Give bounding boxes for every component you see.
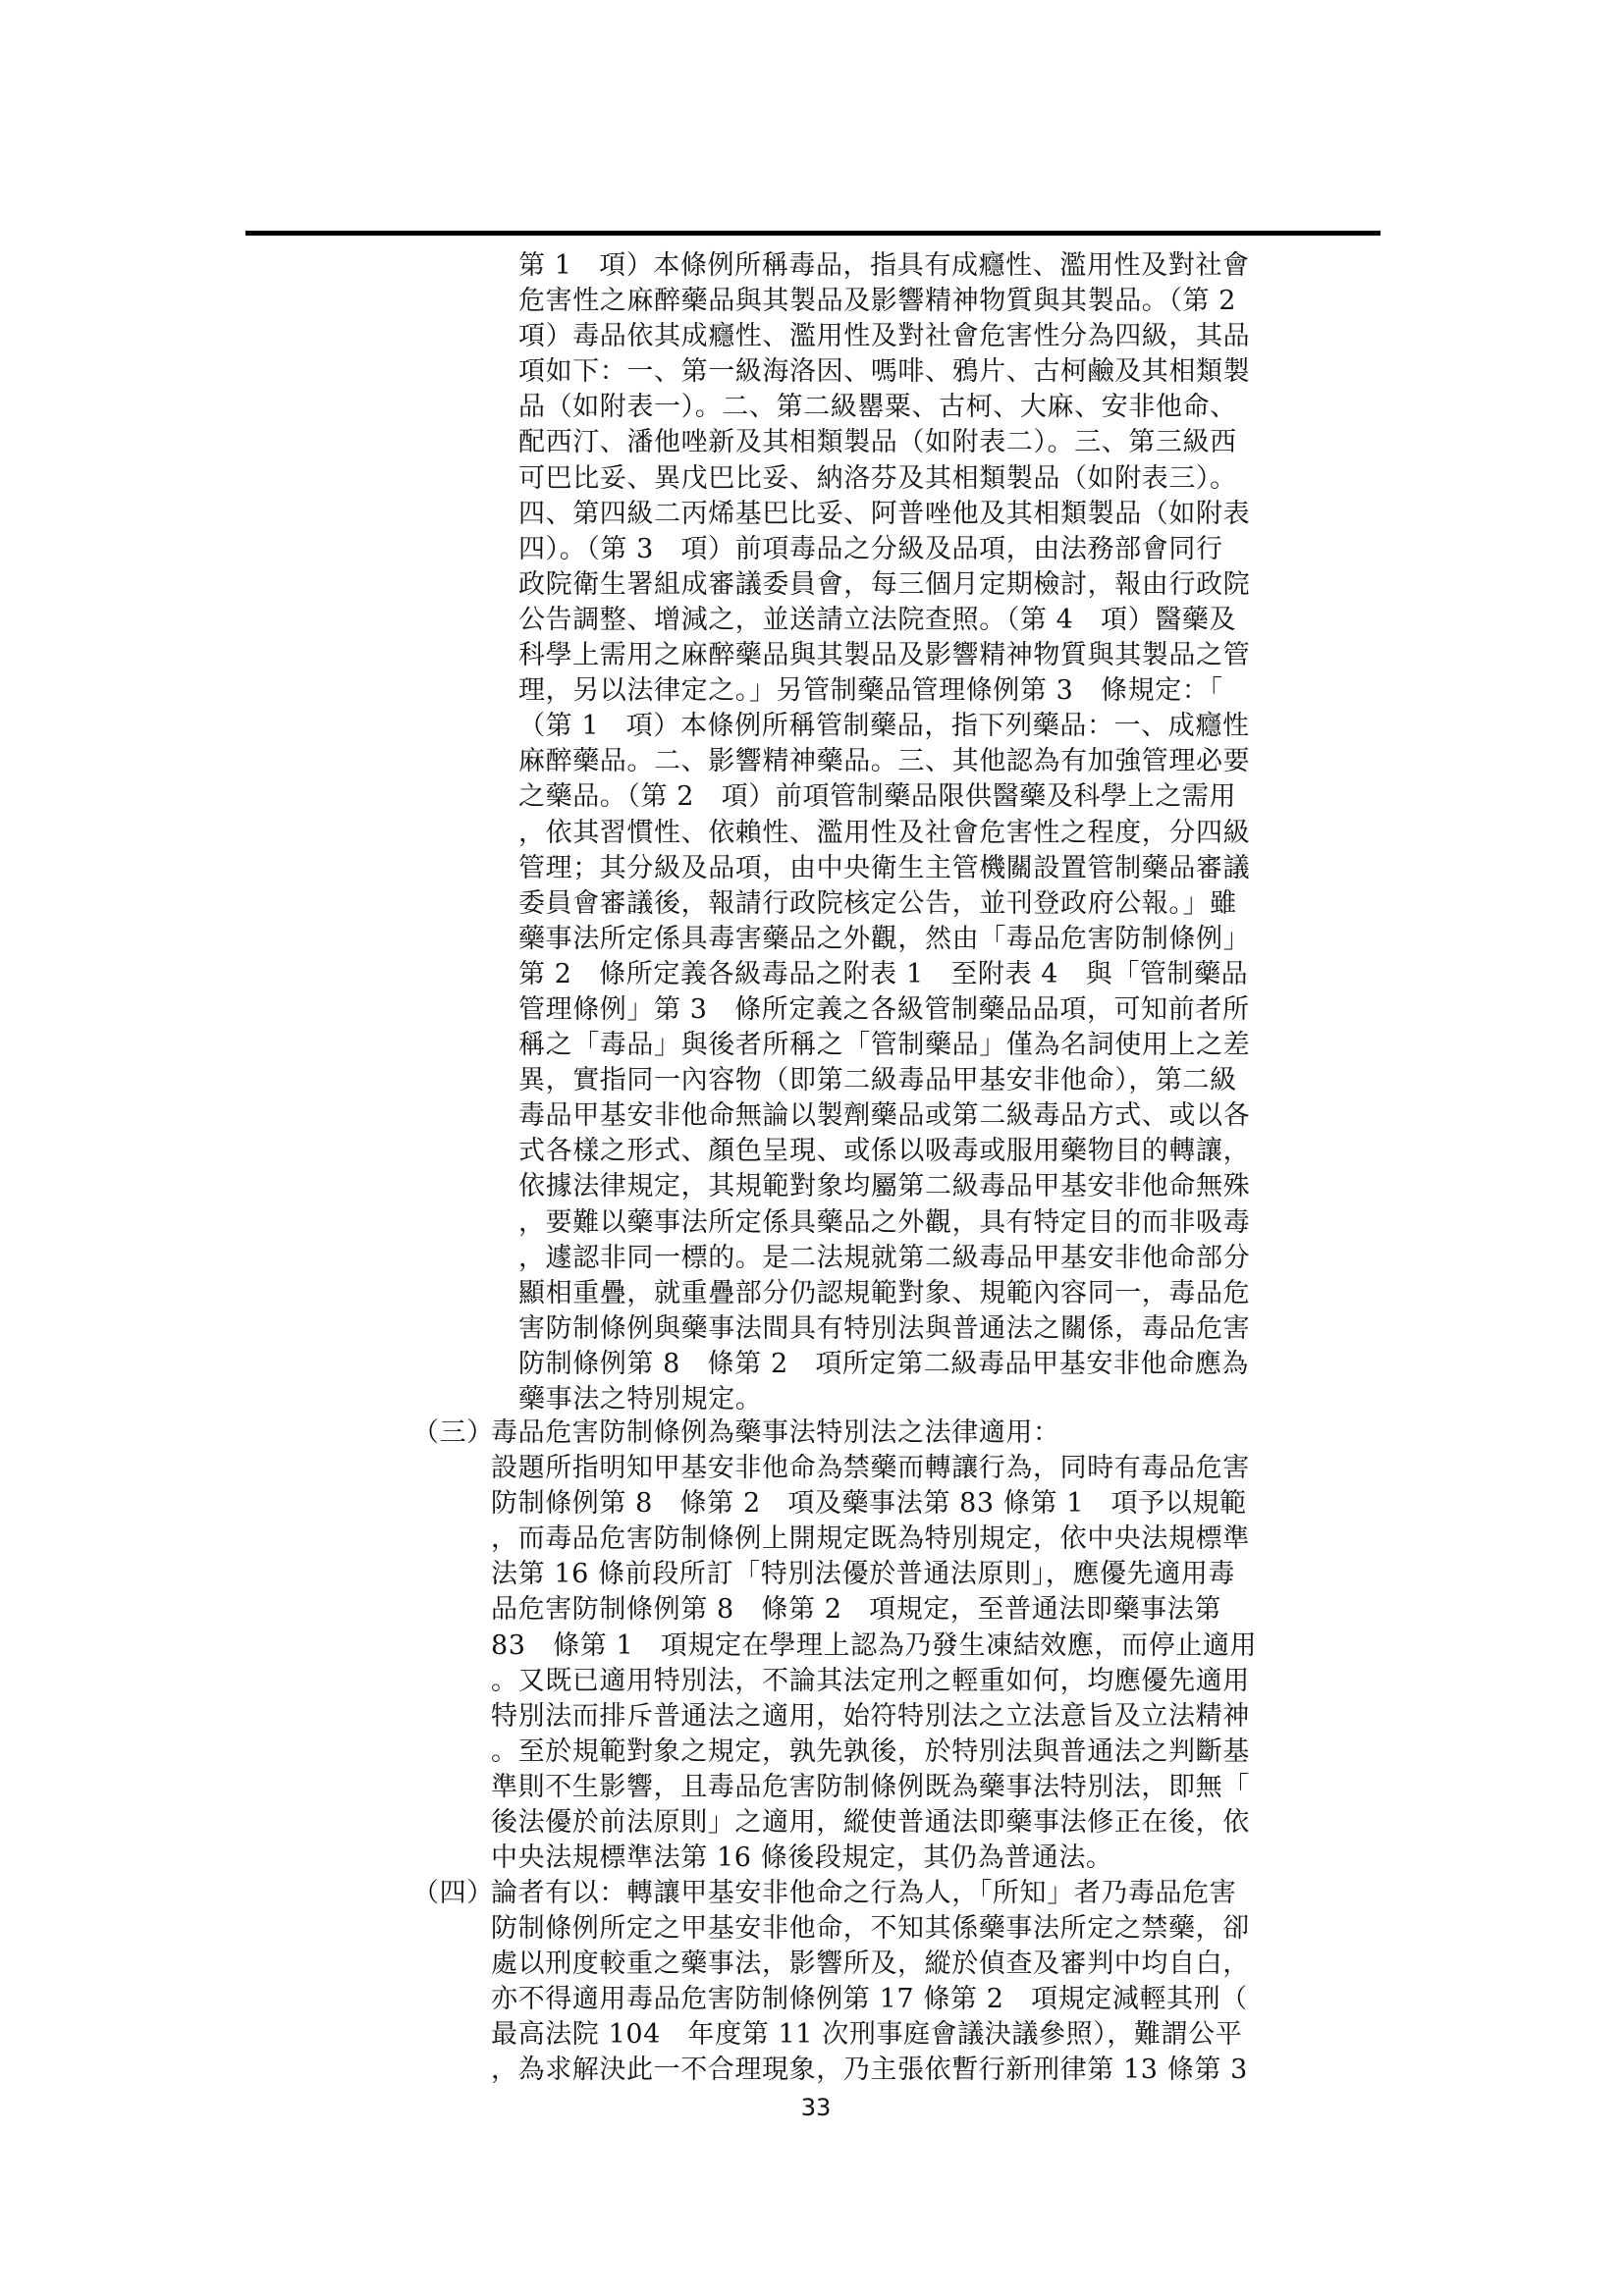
section-title: 毒品危害防制條例為藥事法特別法之法律適用：: [491, 1415, 1060, 1451]
text-line: ，為求解決此一不合理現象，乃主張依暫行新刑律第 13 條第 3: [412, 2053, 1296, 2088]
text-line: 藥事法所定係具毒害藥品之外觀，然由「毒品危害防制條例」: [518, 922, 1284, 957]
text-line: 藥事法之特別規定。: [518, 1382, 1284, 1417]
text-line: 。至於規範對象之規定，孰先孰後，於特別法與普通法之判斷基: [412, 1735, 1296, 1770]
text-line: 項如下：一、第一級海洛因、嗎啡、鴉片、古柯鹼及其相類製: [518, 354, 1284, 390]
text-line: 管理條例」第 3 條所定義之各級管制藥品品項，可知前者所: [518, 992, 1284, 1028]
section-number: （三）: [412, 1415, 491, 1451]
text-line: 可巴比妥、異戊巴比妥、納洛芬及其相類製品（如附表三）。: [518, 461, 1284, 497]
text-line: 品（如附表一）。二、第二級罌粟、古柯、大麻、安非他命、: [518, 390, 1284, 425]
section-number: （四）: [412, 1876, 491, 1911]
text-line: ，要難以藥事法所定係具藥品之外觀，具有特定目的而非吸毒: [518, 1205, 1284, 1241]
text-line: 配西汀、潘他唑新及其相類製品（如附表二）。三、第三級西: [518, 425, 1284, 460]
text-line: 毒品甲基安非他命無論以製劑藥品或第二級毒品方式、或以各: [518, 1098, 1284, 1134]
text-line: 83 條第 1 項規定在學理上認為乃發生凍結效應，而停止適用: [412, 1629, 1296, 1664]
text-line: 異，實指同一內容物（即第二級毒品甲基安非他命），第二級: [518, 1063, 1284, 1098]
text-line: 法第 16 條前段所訂「特別法優於普通法原則」，應優先適用毒: [412, 1557, 1296, 1592]
text-line: 防制條例第 8 條第 2 項所定第二級毒品甲基安非他命應為: [518, 1347, 1284, 1382]
paragraph-continuation: 第 1 項）本條例所稱毒品，指具有成癮性、濫用性及對社會 危害性之麻醉藥品與其製…: [518, 248, 1284, 1417]
text-line: 中央法規標準法第 16 條後段規定，其仍為普通法。: [412, 1841, 1296, 1876]
text-line: 特別法而排斥普通法之適用，始符特別法之立法意旨及立法精神: [412, 1699, 1296, 1735]
text-line: 麻醉藥品。二、影響精神藥品。三、其他認為有加強管理必要: [518, 744, 1284, 779]
text-line: ，而毒品危害防制條例上開規定既為特別規定，依中央法規標準: [412, 1522, 1296, 1557]
text-line: 科學上需用之麻醉藥品與其製品及影響精神物質與其製品之管: [518, 638, 1284, 673]
section-title: 論者有以：轉讓甲基安非他命之行為人，「所知」者乃毒品危害: [491, 1876, 1236, 1911]
text-line: 害防制條例與藥事法間具有特別法與普通法之關係，毒品危害: [518, 1311, 1284, 1347]
text-line: ，遽認非同一標的。是二法規就第二級毒品甲基安非他命部分: [518, 1241, 1284, 1276]
text-line: 準則不生影響，且毒品危害防制條例既為藥事法特別法，即無「: [412, 1770, 1296, 1805]
text-line: 公告調整、增減之，並送請立法院查照。（第 4 項）醫藥及: [518, 603, 1284, 638]
section-heading: （三） 毒品危害防制條例為藥事法特別法之法律適用：: [412, 1415, 1296, 1451]
text-line: ，依其習慣性、依賴性、濫用性及社會危害性之程度，分四級: [518, 816, 1284, 851]
text-line: 品危害防制條例第 8 條第 2 項規定，至普通法即藥事法第: [412, 1592, 1296, 1628]
text-line: 防制條例第 8 條第 2 項及藥事法第 83 條第 1 項予以規範: [412, 1486, 1296, 1522]
text-line: 防制條例所定之甲基安非他命，不知其係藥事法所定之禁藥，卻: [412, 1911, 1296, 1947]
page-number: 33: [0, 2094, 1624, 2121]
text-line: 理，另以法律定之。」另管制藥品管理條例第 3 條規定：「: [518, 673, 1284, 709]
text-line: 委員會審議後，報請行政院核定公告，並刊登政府公報。」雖: [518, 886, 1284, 922]
text-line: 四、第四級二丙烯基巴比妥、阿普唑他及其相類製品（如附表: [518, 497, 1284, 532]
text-line: 處以刑度較重之藥事法，影響所及，縱於偵查及審判中均自白，: [412, 1947, 1296, 1982]
text-line: 顯相重疊，就重疊部分仍認規範對象、規範內容同一，毒品危: [518, 1276, 1284, 1311]
text-line: 式各樣之形式、顏色呈現、或係以吸毒或服用藥物目的轉讓，: [518, 1134, 1284, 1169]
header-rule: [245, 231, 1380, 236]
text-line: 依據法律規定，其規範對象均屬第二級毒品甲基安非他命無殊: [518, 1169, 1284, 1204]
text-line: （第 1 項）本條例所稱管制藥品，指下列藥品：一、成癮性: [518, 709, 1284, 744]
section-3: （三） 毒品危害防制條例為藥事法特別法之法律適用： 設題所指明知甲基安非他命為禁…: [412, 1415, 1296, 1876]
text-line: 後法優於前法原則」之適用，縱使普通法即藥事法修正在後，依: [412, 1805, 1296, 1841]
text-line: 項）毒品依其成癮性、濫用性及對社會危害性分為四級，其品: [518, 319, 1284, 354]
text-line: 第 2 條所定義各級毒品之附表 1 至附表 4 與「管制藥品: [518, 957, 1284, 992]
text-line: 稱之「毒品」與後者所稱之「管制藥品」僅為名詞使用上之差: [518, 1028, 1284, 1063]
section-4: （四） 論者有以：轉讓甲基安非他命之行為人，「所知」者乃毒品危害 防制條例所定之…: [412, 1876, 1296, 2089]
text-line: 政院衛生署組成審議委員會，每三個月定期檢討，報由行政院: [518, 567, 1284, 603]
text-line: 。又既已適用特別法，不論其法定刑之輕重如何，均應優先適用: [412, 1664, 1296, 1699]
text-line: 之藥品。（第 2 項）前項管制藥品限供醫藥及科學上之需用: [518, 779, 1284, 815]
text-line: 設題所指明知甲基安非他命為禁藥而轉讓行為，同時有毒品危害: [412, 1451, 1296, 1486]
text-line: 最高法院 104 年度第 11 次刑事庭會議決議參照），難謂公平: [412, 2017, 1296, 2053]
text-line: 危害性之麻醉藥品與其製品及影響精神物質與其製品。（第 2: [518, 284, 1284, 319]
text-line: 四）。（第 3 項）前項毒品之分級及品項，由法務部會同行: [518, 532, 1284, 567]
text-line: 管理；其分級及品項，由中央衛生主管機關設置管制藥品審議: [518, 851, 1284, 886]
text-line: 第 1 項）本條例所稱毒品，指具有成癮性、濫用性及對社會: [518, 248, 1284, 284]
section-heading: （四） 論者有以：轉讓甲基安非他命之行為人，「所知」者乃毒品危害: [412, 1876, 1296, 1911]
text-line: 亦不得適用毒品危害防制條例第 17 條第 2 項規定減輕其刑（: [412, 1982, 1296, 2017]
